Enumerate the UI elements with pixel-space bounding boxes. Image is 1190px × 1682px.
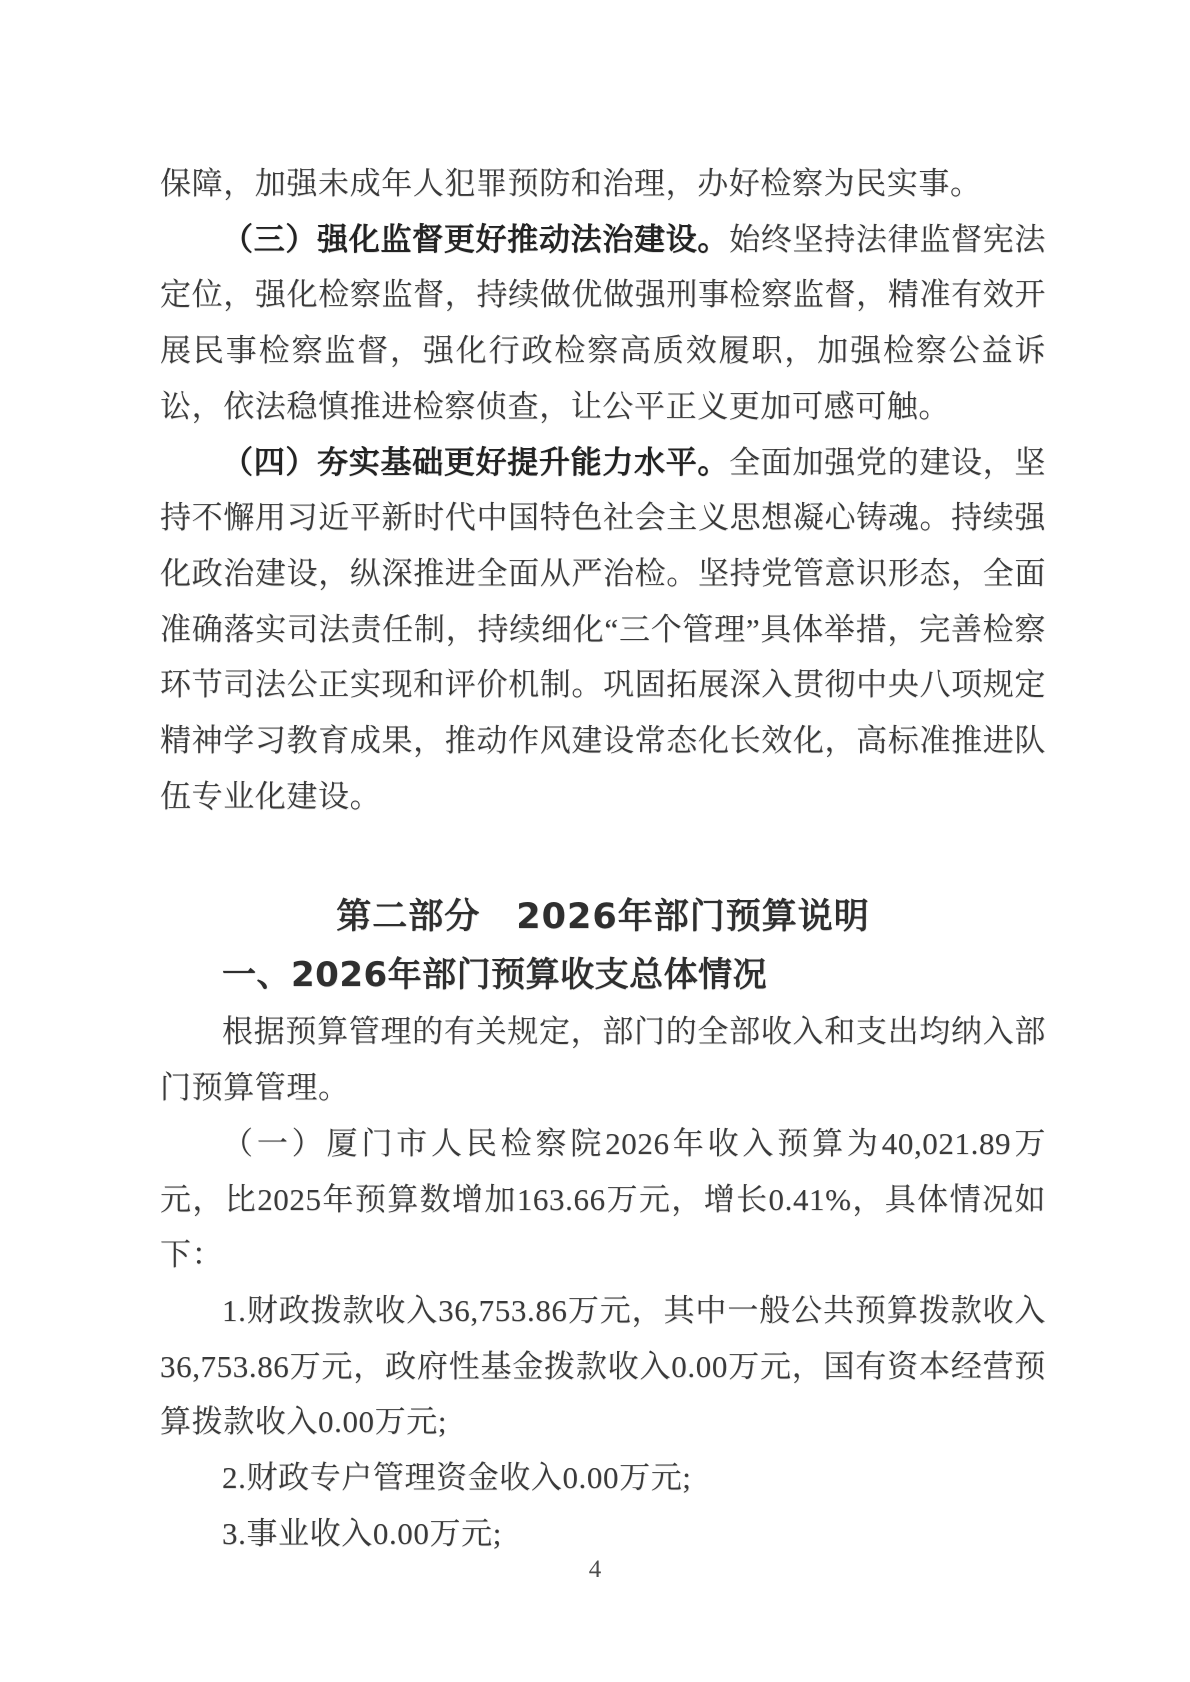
income-item-3: 3.事业收入0.00万元; [160,1506,1046,1562]
page-number: 4 [0,1556,1190,1584]
document-page: 保障，加强未成年人犯罪预防和治理，办好检察为民实事。 （三）强化监督更好推动法治… [0,0,1190,1682]
section3-paragraph: （三）强化监督更好推动法治建设。始终坚持法律监督宪法定位，强化检察监督，持续做优… [160,212,1046,435]
intro-paragraph: 根据预算管理的有关规定，部门的全部收入和支出均纳入部门预算管理。 [160,1004,1046,1115]
section4-body-text: 全面加强党的建设，坚持不懈用习近平新时代中国特色社会主义思想凝心铸魂。持续强化政… [160,445,1046,814]
section4-paragraph: （四）夯实基础更好提升能力水平。全面加强党的建设，坚持不懈用习近平新时代中国特色… [160,435,1046,825]
continuation-paragraph: 保障，加强未成年人犯罪预防和治理，办好检察为民实事。 [160,156,1046,212]
section3-bold-lead: （三）强化监督更好推动法治建设。 [222,222,729,257]
income-item-2: 2.财政专户管理资金收入0.00万元; [160,1450,1046,1506]
document-text-block: 保障，加强未成年人犯罪预防和治理，办好检察为民实事。 （三）强化监督更好推动法治… [160,156,1046,1561]
income-item-1: 1.财政拨款收入36,753.86万元，其中一般公共预算拨款收入36,753.8… [160,1283,1046,1450]
section1-heading: 一、2026年部门预算收支总体情况 [160,946,1046,1004]
income-summary-paragraph: （一）厦门市人民检察院2026年收入预算为40,021.89万元，比2025年预… [160,1116,1046,1283]
section4-bold-lead: （四）夯实基础更好提升能力水平。 [222,445,729,480]
part2-heading: 第二部分 2026年部门预算说明 [160,888,1046,946]
